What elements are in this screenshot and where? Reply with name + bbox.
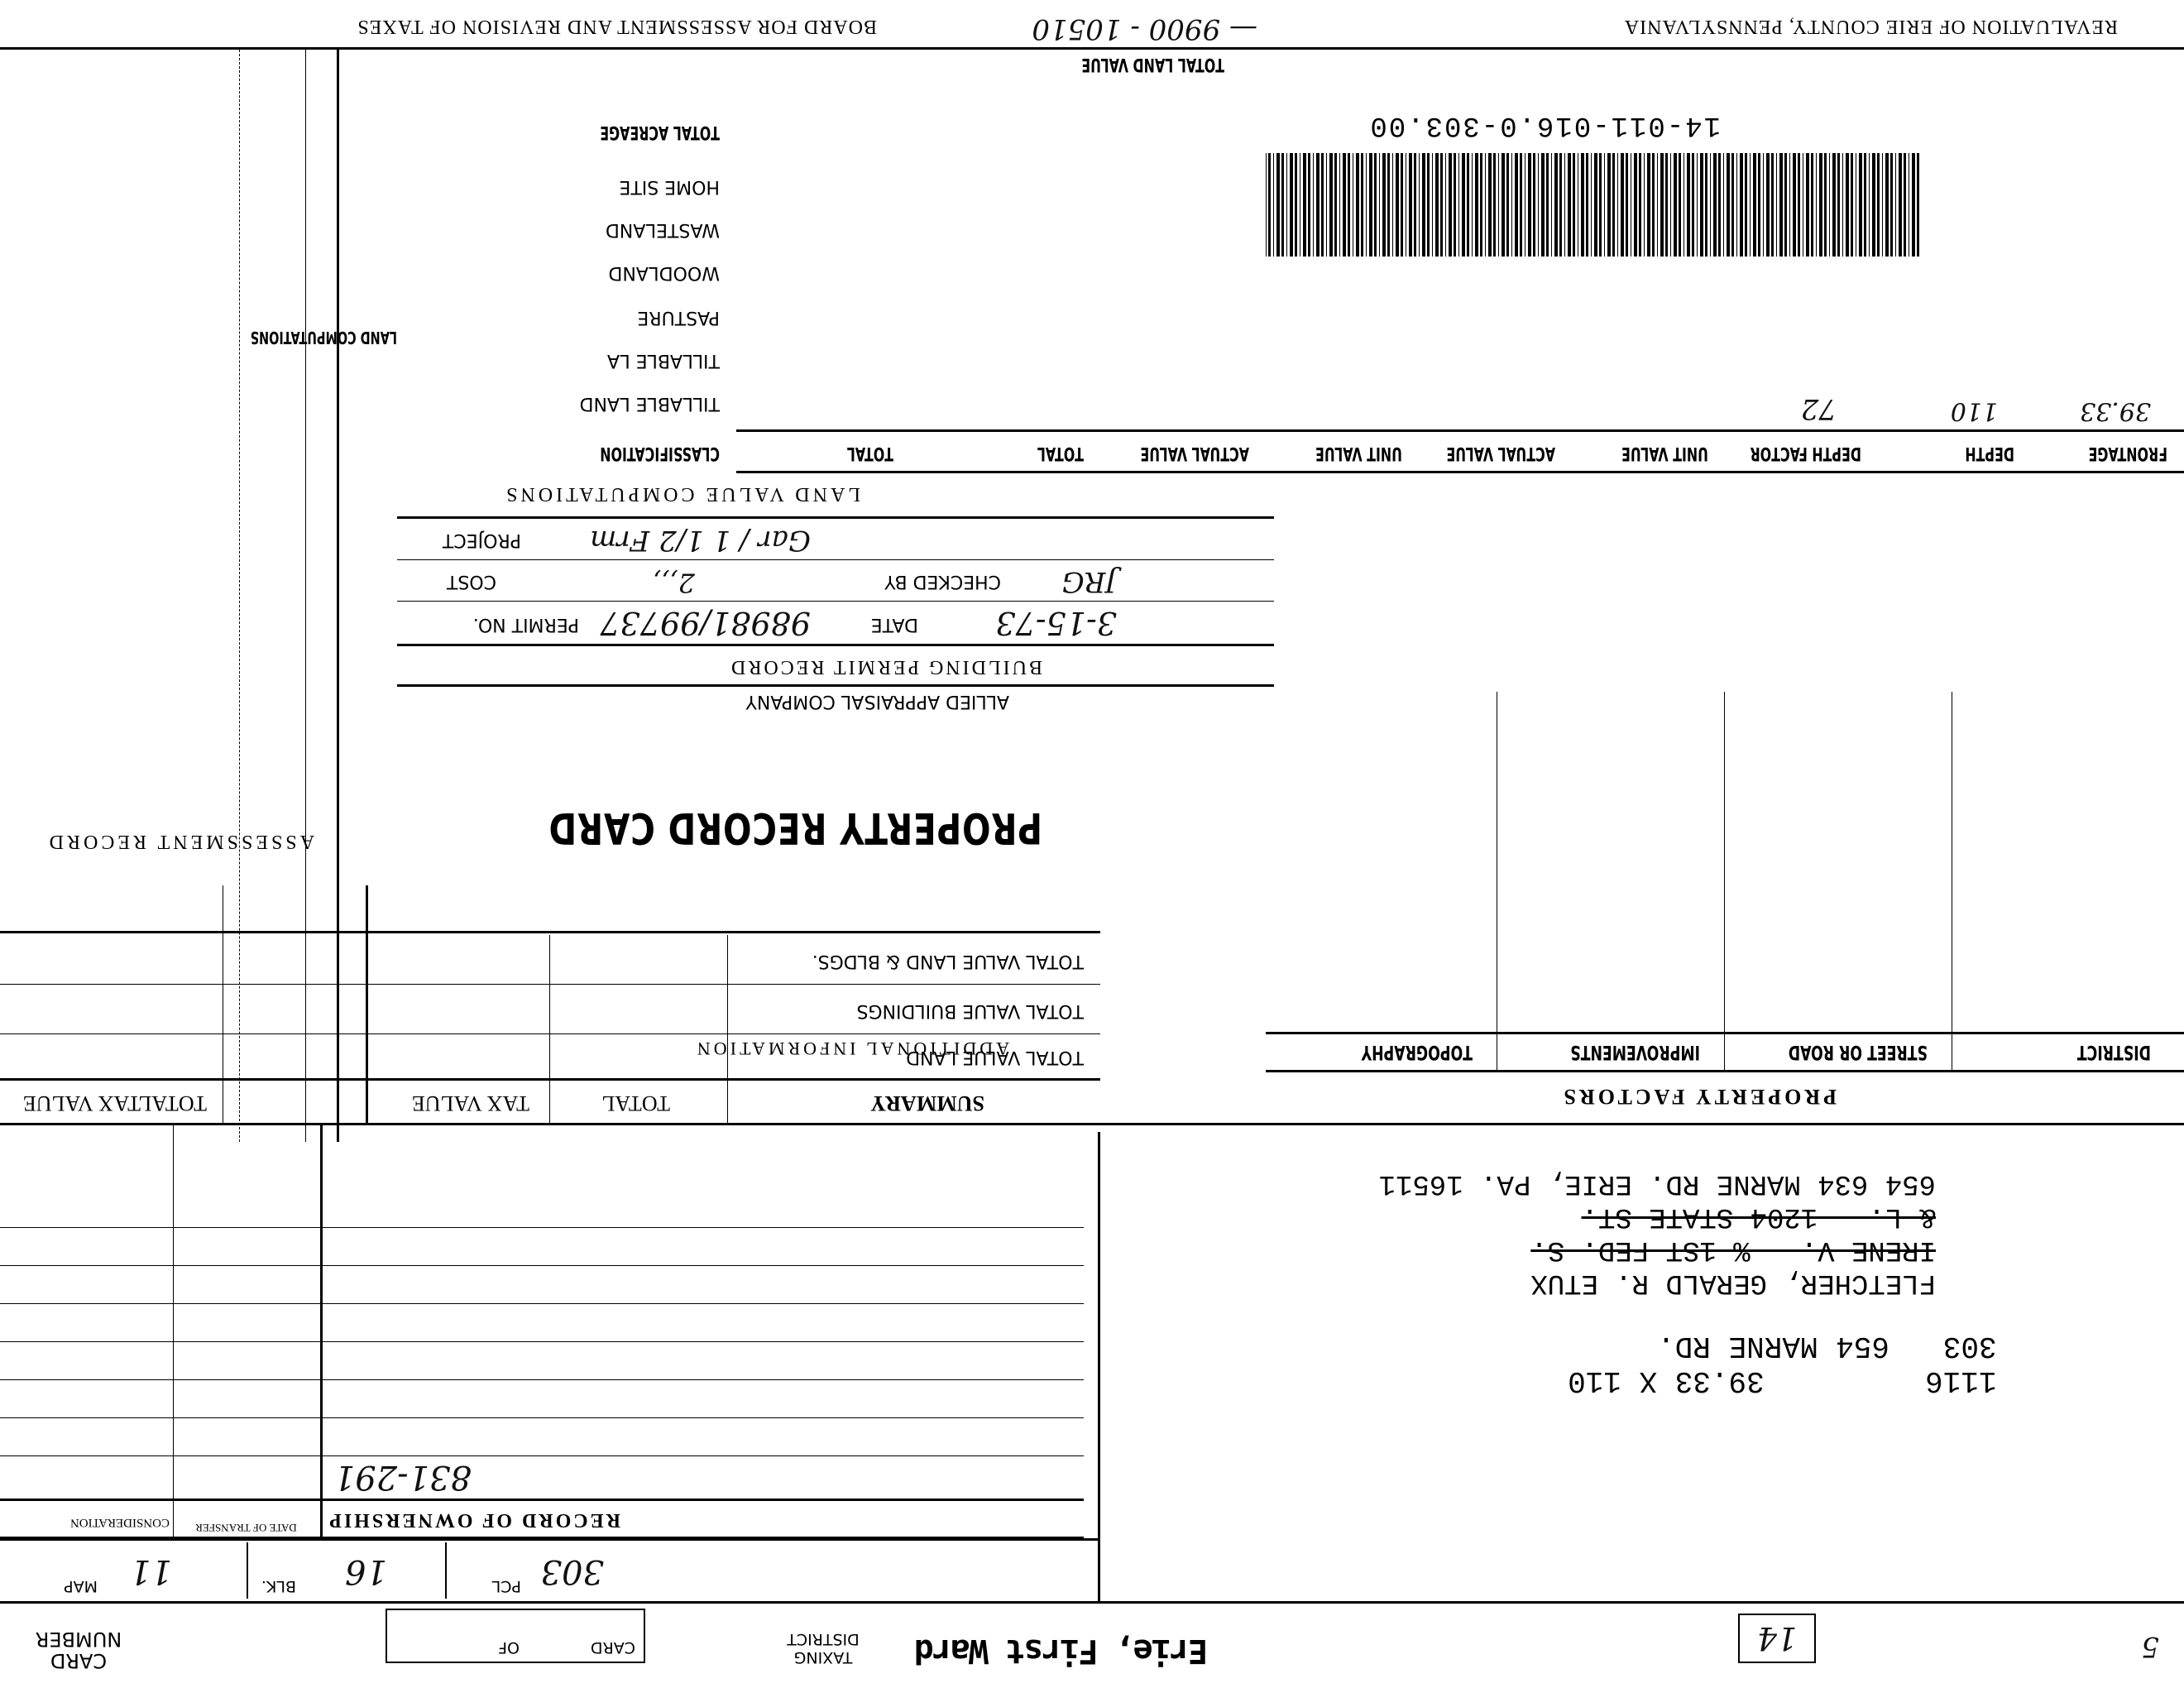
summary-tax-header: TAX VALUE — [412, 1091, 529, 1115]
lv-depth: DEPTH — [1965, 443, 2014, 463]
lv-total: TOTAL — [1037, 443, 1084, 463]
board-title: BOARD FOR ASSESSMENT AND REVISION OF TAX… — [357, 15, 877, 37]
additional-info-title: ADDITIONAL INFORMATION — [694, 1038, 1009, 1059]
ownership-table: RECORD OF OWNERSHIP DATE OF TRANSFER CON… — [0, 1125, 1084, 1539]
owner-care-of-street: & L. - 1204 STATE ST. — [1379, 1200, 1936, 1233]
lv-depth-factor: DEPTH FACTOR — [1750, 443, 1861, 463]
allied-appraisal: ALLIED APPRAISAL COMPANY — [745, 691, 1009, 712]
permit-number: 98981/99737 — [600, 605, 811, 641]
owner-name-block: FLETCHER, GERALD R. ETUX IRENE V. - % 1S… — [1379, 1167, 1936, 1299]
summary-row-land-bldgs: TOTAL VALUE LAND & BLDGS. — [812, 951, 1084, 971]
corner-mark: 5 — [2141, 1630, 2159, 1663]
district-box: 14 — [1738, 1614, 1816, 1663]
acreage-row-woodland: WOODLAND — [608, 262, 720, 283]
acreage-row-tillable: TILLABLE LAND — [580, 393, 720, 414]
barcode — [1266, 153, 1919, 257]
card-title: PROPERTY RECORD CARD — [548, 803, 1042, 852]
lv-total-2: TOTAL — [847, 443, 893, 463]
lv-depth-factor-value: 72 — [1801, 392, 1837, 425]
acreage-class-header: CLASSIFICATION — [600, 443, 720, 463]
building-permit-record: BUILDING PERMIT RECORD PERMIT NO. 98981/… — [397, 494, 1274, 687]
card-of-label: CARD — [591, 1638, 635, 1657]
project-value: Gar / 1 1/2 Frm — [590, 524, 811, 557]
acreage-row-homesite: HOME SITE — [619, 176, 720, 197]
lv-frontage-value: 39.33 — [2080, 396, 2151, 425]
lv-frontage: FRONTAGE — [2089, 443, 2167, 463]
date-label: DATE — [871, 614, 918, 635]
consideration-header: CONSIDERATION — [70, 1515, 170, 1529]
property-factors-grid: DISTRICT STREET OR ROAD IMPROVEMENTS TOP… — [1266, 692, 2184, 1072]
total-acreage: TOTAL ACREAGE — [600, 122, 720, 142]
ownership-title-text: RECORD OF OWNERSHIP — [327, 1508, 620, 1531]
date-of-transfer-header: DATE OF TRANSFER — [178, 1521, 314, 1534]
project-label: PROJECT — [443, 530, 521, 550]
lv-actual-value: ACTUAL VALUE — [1446, 443, 1555, 463]
permit-cost: 2,,, — [653, 567, 695, 598]
street-header: STREET OR ROAD — [1789, 1041, 1928, 1064]
topography-header: TOPOGRAPHY — [1362, 1041, 1473, 1064]
assessment-grid — [0, 50, 339, 1142]
summary-header: SUMMARY — [870, 1091, 984, 1115]
permit-date: 3-15-73 — [995, 605, 1117, 641]
of-label: OF — [498, 1638, 520, 1657]
summary-total-header: TOTAL — [601, 1091, 670, 1115]
checked-by-label: CHECKED BY — [884, 571, 1001, 592]
owner-care-of: IRENE V. - % 1ST FED. S. — [1379, 1233, 1936, 1266]
ownership-row-1: 831-291 — [334, 1458, 472, 1496]
parcel-number: 14-011-016.0-303.00 — [1368, 109, 1721, 141]
taxing-district-label: TAXING DISTRICT — [769, 1630, 877, 1666]
taxing-district: Erie, First Ward — [916, 1632, 1208, 1670]
lv-unit-value: UNIT VALUE — [1621, 443, 1708, 463]
permit-label: PERMIT NO. — [473, 614, 579, 635]
acreage-row-tillable-2: TILLABLE LA — [607, 350, 720, 371]
county-title: REVALUATION OF ERIE COUNTY, PENNSYLVANIA — [1624, 15, 2118, 37]
card-of-box[interactable]: CARD OF — [386, 1609, 645, 1663]
lv-actual-value-2: ACTUAL VALUE — [1140, 443, 1249, 463]
card-number-label: CARD NUMBER — [25, 1628, 132, 1671]
checked-by: JRG — [1062, 565, 1117, 598]
total-land-value: TOTAL LAND VALUE — [1081, 54, 1224, 74]
owner-name: FLETCHER, GERALD R. ETUX — [1379, 1266, 1936, 1299]
cost-label: COST — [447, 571, 496, 592]
improvements-header: IMPROVEMENTS — [1570, 1041, 1700, 1064]
acreage-row-wasteland: WASTELAND — [606, 219, 720, 240]
lv-unit-value-2: UNIT VALUE — [1315, 443, 1402, 463]
owner-mailing-address: 654 634 MARNE RD. ERIE, PA. 16511 — [1379, 1167, 1936, 1200]
property-factors-title: PROPERTY FACTORS — [1561, 1084, 1837, 1109]
summary-row-buildings: TOTAL VALUE BUILDINGS — [857, 1000, 1084, 1021]
acreage-row-pasture: PASTURE — [637, 307, 720, 328]
permit-title: BUILDING PERMIT RECORD — [729, 655, 1042, 678]
handwritten-ref: — 9900 - 10510 — [1032, 12, 1257, 46]
district-header: DISTRICT — [2077, 1041, 2151, 1064]
owner-address-line: 303 654 MARNE RD. — [1657, 1295, 2068, 1397]
property-record-card: CARD NUMBER CARD OF TAXING DISTRICT Erie… — [0, 0, 2184, 1688]
land-value-table: FRONTAGE DEPTH DEPTH FACTOR UNIT VALUE A… — [736, 356, 2184, 496]
lv-depth-value: 110 — [1951, 396, 1998, 425]
